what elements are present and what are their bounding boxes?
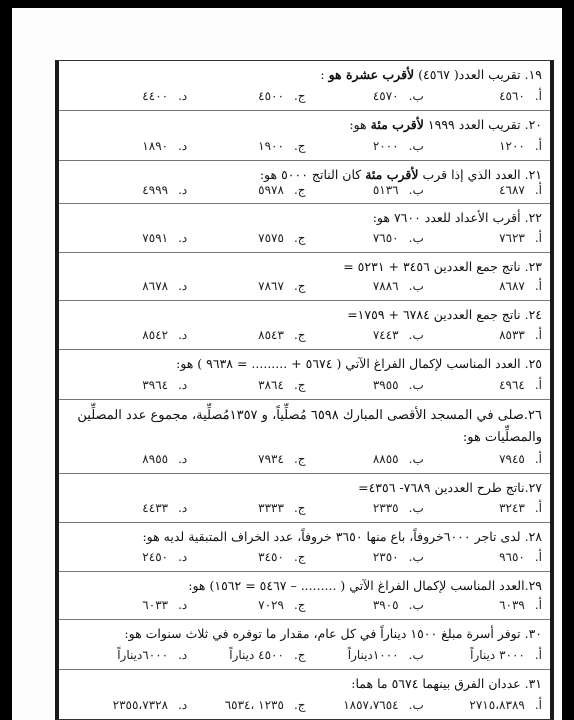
- option-value: ٣٩٦٤: [142, 378, 168, 392]
- question-row-24: ٢٤. ناتج جمع العددين ٦٧٨٤ + ١٧٥٩= أ.٨٥٣٣…: [59, 301, 550, 350]
- option-a[interactable]: أ.٩٦٥٠: [424, 550, 542, 564]
- option-letter: أ.: [535, 183, 542, 197]
- option-value: ٢٣٥٠: [373, 550, 399, 564]
- options-row: أ.٧٦٢٣ ب.٧٦٥٠ ج.٧٥٧٥ د.٧٥٩١: [69, 229, 542, 252]
- question-row-21: ٢١. العدد الذي إذا قرب لأقرب مئة كان الن…: [59, 161, 550, 204]
- question-text-part: ٢٥. العدد المناسب لإكمال الفراغ الآتي ( …: [176, 356, 542, 371]
- option-value: ١٢٣٥ ،٦٥٣٤: [225, 698, 284, 712]
- option-value: ٢٠٠٠: [373, 139, 399, 153]
- question-text-part: ٣٠. توفر أسرة مبلغ ١٥٠٠ ديناراً في كل عا…: [124, 626, 542, 641]
- option-a[interactable]: أ.٣٠٠٠ ديناراً: [424, 648, 542, 662]
- option-b[interactable]: ب.٧٦٥٠: [306, 231, 424, 245]
- option-d[interactable]: د.٣٩٦٤: [69, 378, 187, 392]
- option-letter: د.: [178, 698, 187, 712]
- option-a[interactable]: أ.٨٦٨٧: [424, 279, 542, 293]
- question-text: ٢٩.العدد المناسب لإكمال الفراغ الآتي ( .…: [69, 572, 542, 594]
- option-b[interactable]: ب.٤٥٧٠: [306, 89, 424, 103]
- question-row-30: ٣٠. توفر أسرة مبلغ ١٥٠٠ ديناراً في كل عا…: [59, 620, 550, 670]
- option-letter: ب.: [409, 89, 424, 103]
- option-b[interactable]: ب.٥١٣٦: [306, 183, 424, 197]
- option-b[interactable]: ب.٨٨٥٥: [306, 452, 424, 466]
- option-d[interactable]: د.١٨٩٠: [69, 139, 187, 153]
- option-value: ٧٦٥٠: [373, 231, 399, 245]
- option-a[interactable]: أ.٧٦٢٣: [424, 231, 542, 245]
- option-value: ٣٣٣٣: [258, 501, 284, 515]
- option-letter: د.: [178, 183, 187, 197]
- option-c[interactable]: ج.٧٥٧٥: [187, 231, 305, 245]
- question-text-part: ٢٩.العدد المناسب لإكمال الفراغ الآتي ( .…: [188, 578, 542, 593]
- question-text-part: ٢١. العدد الذي إذا قرب: [419, 167, 543, 182]
- option-d[interactable]: د.٦٠٠٠ديناراً: [69, 648, 187, 662]
- option-c[interactable]: ج.٧٠٢٩: [187, 598, 305, 612]
- option-c[interactable]: ج.١٩٠٠: [187, 139, 305, 153]
- option-value: ٥١٣٦: [373, 183, 399, 197]
- question-row-26: ٢٦.صلى في المسجد الأقصى المبارك ٦٥٩٨ مُص…: [59, 400, 550, 474]
- option-value: ٧٨٦٧: [258, 279, 284, 293]
- option-letter: ب.: [409, 598, 424, 612]
- option-value: ١٠٠٠ديناراً: [348, 648, 399, 662]
- question-text: ٢٥. العدد المناسب لإكمال الفراغ الآتي ( …: [69, 350, 542, 372]
- option-value: ٤٥٠٠: [258, 89, 284, 103]
- question-table: ١٩. تقريب العدد( ٤٥٦٧) لأقرب عشرة هو : أ…: [55, 60, 554, 720]
- option-letter: ب.: [409, 501, 424, 515]
- option-d[interactable]: د.٨٥٤٢: [69, 328, 187, 342]
- question-text: ٢٧.ناتج طرح العددين ٧٦٨٩- ٤٣٥٦=: [69, 474, 542, 496]
- option-value: ٦٠٣٩: [499, 598, 525, 612]
- question-row-22: ٢٢. أقرب الأعداد للعدد ٧٦٠٠ هو: أ.٧٦٢٣ ب…: [59, 204, 550, 253]
- question-row-19: ١٩. تقريب العدد( ٤٥٦٧) لأقرب عشرة هو : أ…: [59, 61, 550, 111]
- option-letter: ب.: [409, 378, 424, 392]
- option-letter: أ.: [535, 279, 542, 293]
- option-value: ٣٩٠٥: [373, 598, 399, 612]
- option-letter: ب.: [409, 328, 424, 342]
- option-letter: د.: [178, 598, 187, 612]
- option-value: ٨٨٥٥: [373, 452, 399, 466]
- options-row: أ.٧٩٤٥ ب.٨٨٥٥ ج.٧٩٣٤ د.٨٩٥٥: [69, 450, 542, 473]
- worksheet-page: ١٩. تقريب العدد( ٤٥٦٧) لأقرب عشرة هو : أ…: [12, 8, 562, 720]
- options-row: أ.٤٩٦٤ ب.٣٩٥٥ ج.٣٨٦٤ د.٣٩٦٤: [69, 376, 542, 399]
- option-d[interactable]: د.٧٥٩١: [69, 231, 187, 245]
- option-c[interactable]: ج.٧٨٦٧: [187, 279, 305, 293]
- option-letter: أ.: [535, 698, 542, 712]
- option-letter: ج.: [294, 89, 306, 103]
- option-letter: أ.: [535, 231, 542, 245]
- question-text-part: ١٩. تقريب العدد( ٤٥٦٧): [414, 67, 542, 82]
- options-row: أ.٤٥٦٠ ب.٤٥٧٠ ج.٤٥٠٠ د.٤٤٠٠: [69, 87, 542, 110]
- question-emphasis: لأقرب مئة: [365, 167, 418, 182]
- option-letter: ج.: [294, 648, 306, 662]
- option-value: ٧٥٩١: [142, 231, 168, 245]
- option-d[interactable]: د.٦٠٣٣: [69, 598, 187, 612]
- option-value: ٢٣٥٥،٧٣٢٨: [113, 698, 168, 712]
- option-letter: أ.: [535, 328, 542, 342]
- question-emphasis: لأقرب مئة: [371, 117, 424, 132]
- question-text: ٢٢. أقرب الأعداد للعدد ٧٦٠٠ هو:: [69, 204, 542, 226]
- option-letter: د.: [178, 328, 187, 342]
- option-c[interactable]: ج.٨٥٤٣: [187, 328, 305, 342]
- option-b[interactable]: ب.١٠٠٠ديناراً: [306, 648, 424, 662]
- option-value: ٣٢٤٣: [499, 501, 525, 515]
- option-letter: أ.: [535, 89, 542, 103]
- option-letter: د.: [178, 550, 187, 564]
- option-b[interactable]: ب.١٨٥٧،٧٦٥٤: [306, 698, 424, 712]
- question-text-part: هو:: [349, 117, 370, 132]
- option-value: ٨٦٧٨: [142, 279, 168, 293]
- option-letter: د.: [178, 648, 187, 662]
- option-c[interactable]: ج.٥٩٧٨: [187, 183, 305, 197]
- option-b[interactable]: ب.٣٩٥٥: [306, 378, 424, 392]
- option-letter: أ.: [535, 378, 542, 392]
- option-value: ٦٠٠٠ديناراً: [117, 648, 168, 662]
- question-text: ٢٦.صلى في المسجد الأقصى المبارك ٦٥٩٨ مُص…: [69, 400, 542, 449]
- options-row: أ.٦٠٣٩ ب.٣٩٠٥ ج.٧٠٢٩ د.٦٠٣٣: [69, 596, 542, 619]
- option-value: ٧٤٤٣: [373, 328, 399, 342]
- question-text: ٢١. العدد الذي إذا قرب لأقرب مئة كان الن…: [69, 161, 542, 183]
- option-letter: د.: [178, 279, 187, 293]
- question-row-27: ٢٧.ناتج طرح العددين ٧٦٨٩- ٤٣٥٦= أ.٣٢٤٣ ب…: [59, 474, 550, 523]
- option-value: ١٨٥٧،٧٦٥٤: [343, 698, 398, 712]
- options-row: أ.١٢٠٠ ب.٢٠٠٠ ج.١٩٠٠ د.١٨٩٠: [69, 137, 542, 160]
- option-value: ٤٥٦٠: [499, 89, 525, 103]
- options-row: أ.٨٥٣٣ ب.٧٤٤٣ ج.٨٥٤٣ د.٨٥٤٢: [69, 326, 542, 349]
- option-letter: ب.: [409, 279, 424, 293]
- option-d[interactable]: د.٢٤٥٠: [69, 550, 187, 564]
- option-value: ٨٥٤٣: [258, 328, 284, 342]
- option-letter: ج.: [294, 501, 306, 515]
- option-value: ٤٥٠٠ ديناراً: [229, 648, 284, 662]
- option-value: ٨٥٤٢: [142, 328, 168, 342]
- option-c[interactable]: ج.٧٩٣٤: [187, 452, 305, 466]
- question-text-part: ٣١. عددان الفرق بينهما ٥٦٧٤ ما هما:: [351, 676, 542, 691]
- option-value: ٣٠٠٠ ديناراً: [470, 648, 525, 662]
- option-value: ٤٤٣٣: [142, 501, 168, 515]
- question-row-28: ٢٨. لدى تاجر ٦٠٠٠خروفاً، باع منها ٣٦٥٠ خ…: [59, 523, 550, 572]
- option-d[interactable]: د.٤٤٠٠: [69, 89, 187, 103]
- question-row-25: ٢٥. العدد المناسب لإكمال الفراغ الآتي ( …: [59, 350, 550, 400]
- option-letter: أ.: [535, 598, 542, 612]
- option-letter: أ.: [535, 550, 542, 564]
- question-row-23: ٢٣. ناتج جمع العددين ٣٤٥٦ + ٥٢٣١ = أ.٨٦٨…: [59, 253, 550, 302]
- question-text: ٢٣. ناتج جمع العددين ٣٤٥٦ + ٥٢٣١ =: [69, 253, 542, 275]
- option-value: ٦٠٣٣: [142, 598, 168, 612]
- option-letter: ب.: [409, 648, 424, 662]
- option-d[interactable]: د.٤٩٩٩: [69, 183, 187, 197]
- option-value: ٤٩٦٤: [499, 378, 525, 392]
- option-a[interactable]: أ.٦٠٣٩: [424, 598, 542, 612]
- option-letter: أ.: [535, 452, 542, 466]
- option-letter: د.: [178, 378, 187, 392]
- question-text: ٣٠. توفر أسرة مبلغ ١٥٠٠ ديناراً في كل عا…: [69, 620, 542, 642]
- option-letter: ب.: [409, 183, 424, 197]
- option-b[interactable]: ب.٢٣٣٥: [306, 501, 424, 515]
- question-emphasis: لأقرب عشرة هو: [329, 67, 415, 82]
- option-value: ٢٧١٥،٨٣٨٩: [469, 698, 524, 712]
- option-letter: د.: [178, 89, 187, 103]
- option-value: ٢٣٣٥: [373, 501, 399, 515]
- options-row: أ.٢٧١٥،٨٣٨٩ ب.١٨٥٧،٧٦٥٤ ج.١٢٣٥ ،٦٥٣٤ د.٢…: [69, 696, 542, 719]
- option-a[interactable]: أ.٢٧١٥،٨٣٨٩: [424, 698, 542, 712]
- option-value: ١٩٠٠: [258, 139, 284, 153]
- option-value: ٨٥٣٣: [499, 328, 525, 342]
- option-letter: ب.: [409, 550, 424, 564]
- options-row: أ.٣٠٠٠ ديناراً ب.١٠٠٠ديناراً ج.٤٥٠٠ دينا…: [69, 646, 542, 669]
- option-value: ٣٨٦٤: [258, 378, 284, 392]
- options-row: أ.٩٦٥٠ ب.٢٣٥٠ ج.٣٤٥٠ د.٢٤٥٠: [69, 548, 542, 571]
- option-a[interactable]: أ.٤٦٨٧: [424, 183, 542, 197]
- option-c[interactable]: ج.٤٥٠٠: [187, 89, 305, 103]
- question-text-part: ٢٧.ناتج طرح العددين ٧٦٨٩- ٤٣٥٦=: [358, 480, 542, 495]
- question-text-part: ٢٠. تقريب العدد ١٩٩٩: [424, 117, 542, 132]
- option-letter: ب.: [409, 698, 424, 712]
- question-text: ٢٠. تقريب العدد ١٩٩٩ لأقرب مئة هو:: [69, 111, 542, 133]
- option-b[interactable]: ب.٧٤٤٣: [306, 328, 424, 342]
- option-letter: د.: [178, 501, 187, 515]
- question-text-part: ٢٢. أقرب الأعداد للعدد ٧٦٠٠ هو:: [373, 210, 542, 225]
- question-text-part: ٢٤. ناتج جمع العددين ٦٧٨٤ + ١٧٥٩=: [347, 307, 542, 322]
- option-d[interactable]: د.٤٤٣٣: [69, 501, 187, 515]
- question-text: ٣١. عددان الفرق بينهما ٥٦٧٤ ما هما:: [69, 670, 542, 692]
- options-row: أ.٣٢٤٣ ب.٢٣٣٥ ج.٣٣٣٣ د.٤٤٣٣: [69, 499, 542, 522]
- question-text-part: :: [320, 67, 328, 82]
- option-value: ٥٩٧٨: [258, 183, 284, 197]
- option-c[interactable]: ج.١٢٣٥ ،٦٥٣٤: [187, 698, 305, 712]
- question-text: ١٩. تقريب العدد( ٤٥٦٧) لأقرب عشرة هو :: [69, 61, 542, 83]
- option-value: ٧٩٤٥: [499, 452, 525, 466]
- option-letter: ج.: [294, 231, 306, 245]
- option-letter: ج.: [294, 598, 306, 612]
- option-c[interactable]: ج.٣٨٦٤: [187, 378, 305, 392]
- question-text: ٢٨. لدى تاجر ٦٠٠٠خروفاً، باع منها ٣٦٥٠ خ…: [69, 523, 542, 545]
- option-value: ١٨٩٠: [142, 139, 168, 153]
- option-letter: أ.: [535, 648, 542, 662]
- options-row: أ.٨٦٨٧ ب.٧٨٨٦ ج.٧٨٦٧ د.٨٦٧٨: [69, 277, 542, 300]
- option-a[interactable]: أ.٨٥٣٣: [424, 328, 542, 342]
- option-b[interactable]: ب.٢٣٥٠: [306, 550, 424, 564]
- option-b[interactable]: ب.٧٨٨٦: [306, 279, 424, 293]
- option-letter: ج.: [294, 452, 306, 466]
- option-value: ٧٨٨٦: [373, 279, 399, 293]
- option-letter: ب.: [409, 231, 424, 245]
- option-value: ٤٥٧٠: [373, 89, 399, 103]
- option-c[interactable]: ج.٤٥٠٠ ديناراً: [187, 648, 305, 662]
- option-b[interactable]: ب.٢٠٠٠: [306, 139, 424, 153]
- option-value: ٣٤٥٠: [258, 550, 284, 564]
- options-row: أ.٤٦٨٧ ب.٥١٣٦ ج.٥٩٧٨ د.٤٩٩٩: [69, 183, 542, 203]
- option-letter: د.: [178, 452, 187, 466]
- option-value: ٨٦٨٧: [499, 279, 525, 293]
- option-value: ٤٤٠٠: [142, 89, 168, 103]
- option-letter: ج.: [294, 183, 306, 197]
- option-b[interactable]: ب.٣٩٠٥: [306, 598, 424, 612]
- option-a[interactable]: أ.٤٩٦٤: [424, 378, 542, 392]
- option-d[interactable]: د.٨٦٧٨: [69, 279, 187, 293]
- option-value: ٤٦٨٧: [499, 183, 525, 197]
- option-a[interactable]: أ.٧٩٤٥: [424, 452, 542, 466]
- option-value: ٩٦٥٠: [499, 550, 525, 564]
- option-d[interactable]: د.٢٣٥٥،٧٣٢٨: [69, 698, 187, 712]
- option-value: ٢٤٥٠: [142, 550, 168, 564]
- option-value: ٣٩٥٥: [373, 378, 399, 392]
- option-value: ٧٦٢٣: [499, 231, 525, 245]
- option-letter: أ.: [535, 501, 542, 515]
- question-text: ٢٤. ناتج جمع العددين ٦٧٨٤ + ١٧٥٩=: [69, 301, 542, 323]
- option-a[interactable]: أ.١٢٠٠: [424, 139, 542, 153]
- option-value: ٨٩٥٥: [142, 452, 168, 466]
- option-letter: ب.: [409, 139, 424, 153]
- option-value: ٧٥٧٥: [258, 231, 284, 245]
- option-letter: ب.: [409, 452, 424, 466]
- option-letter: ج.: [294, 139, 306, 153]
- option-letter: ج.: [294, 550, 306, 564]
- question-text-part: ٢٣. ناتج جمع العددين ٣٤٥٦ + ٥٢٣١ =: [343, 259, 542, 274]
- option-letter: ج.: [294, 279, 306, 293]
- option-letter: ج.: [294, 328, 306, 342]
- option-c[interactable]: ج.٣٤٥٠: [187, 550, 305, 564]
- option-value: ٧٩٣٤: [258, 452, 284, 466]
- question-text-part: ٢٨. لدى تاجر ٦٠٠٠خروفاً، باع منها ٣٦٥٠ خ…: [142, 529, 542, 544]
- option-letter: ج.: [294, 698, 306, 712]
- option-value: ١٢٠٠: [499, 139, 525, 153]
- option-value: ٧٠٢٩: [258, 598, 284, 612]
- option-a[interactable]: أ.٣٢٤٣: [424, 501, 542, 515]
- question-row-31: ٣١. عددان الفرق بينهما ٥٦٧٤ ما هما: أ.٢٧…: [59, 670, 550, 719]
- question-row-20: ٢٠. تقريب العدد ١٩٩٩ لأقرب مئة هو: أ.١٢٠…: [59, 111, 550, 161]
- question-text-part: ٢٦.صلى في المسجد الأقصى المبارك ٦٥٩٨ مُص…: [77, 408, 542, 445]
- option-c[interactable]: ج.٣٣٣٣: [187, 501, 305, 515]
- option-a[interactable]: أ.٤٥٦٠: [424, 89, 542, 103]
- question-text-part: كان الناتج ٥٠٠٠ هو:: [260, 167, 365, 182]
- option-letter: د.: [178, 231, 187, 245]
- question-row-29: ٢٩.العدد المناسب لإكمال الفراغ الآتي ( .…: [59, 572, 550, 621]
- option-value: ٤٩٩٩: [142, 183, 168, 197]
- option-letter: د.: [178, 139, 187, 153]
- option-d[interactable]: د.٨٩٥٥: [69, 452, 187, 466]
- option-letter: ج.: [294, 378, 306, 392]
- option-letter: أ.: [535, 139, 542, 153]
